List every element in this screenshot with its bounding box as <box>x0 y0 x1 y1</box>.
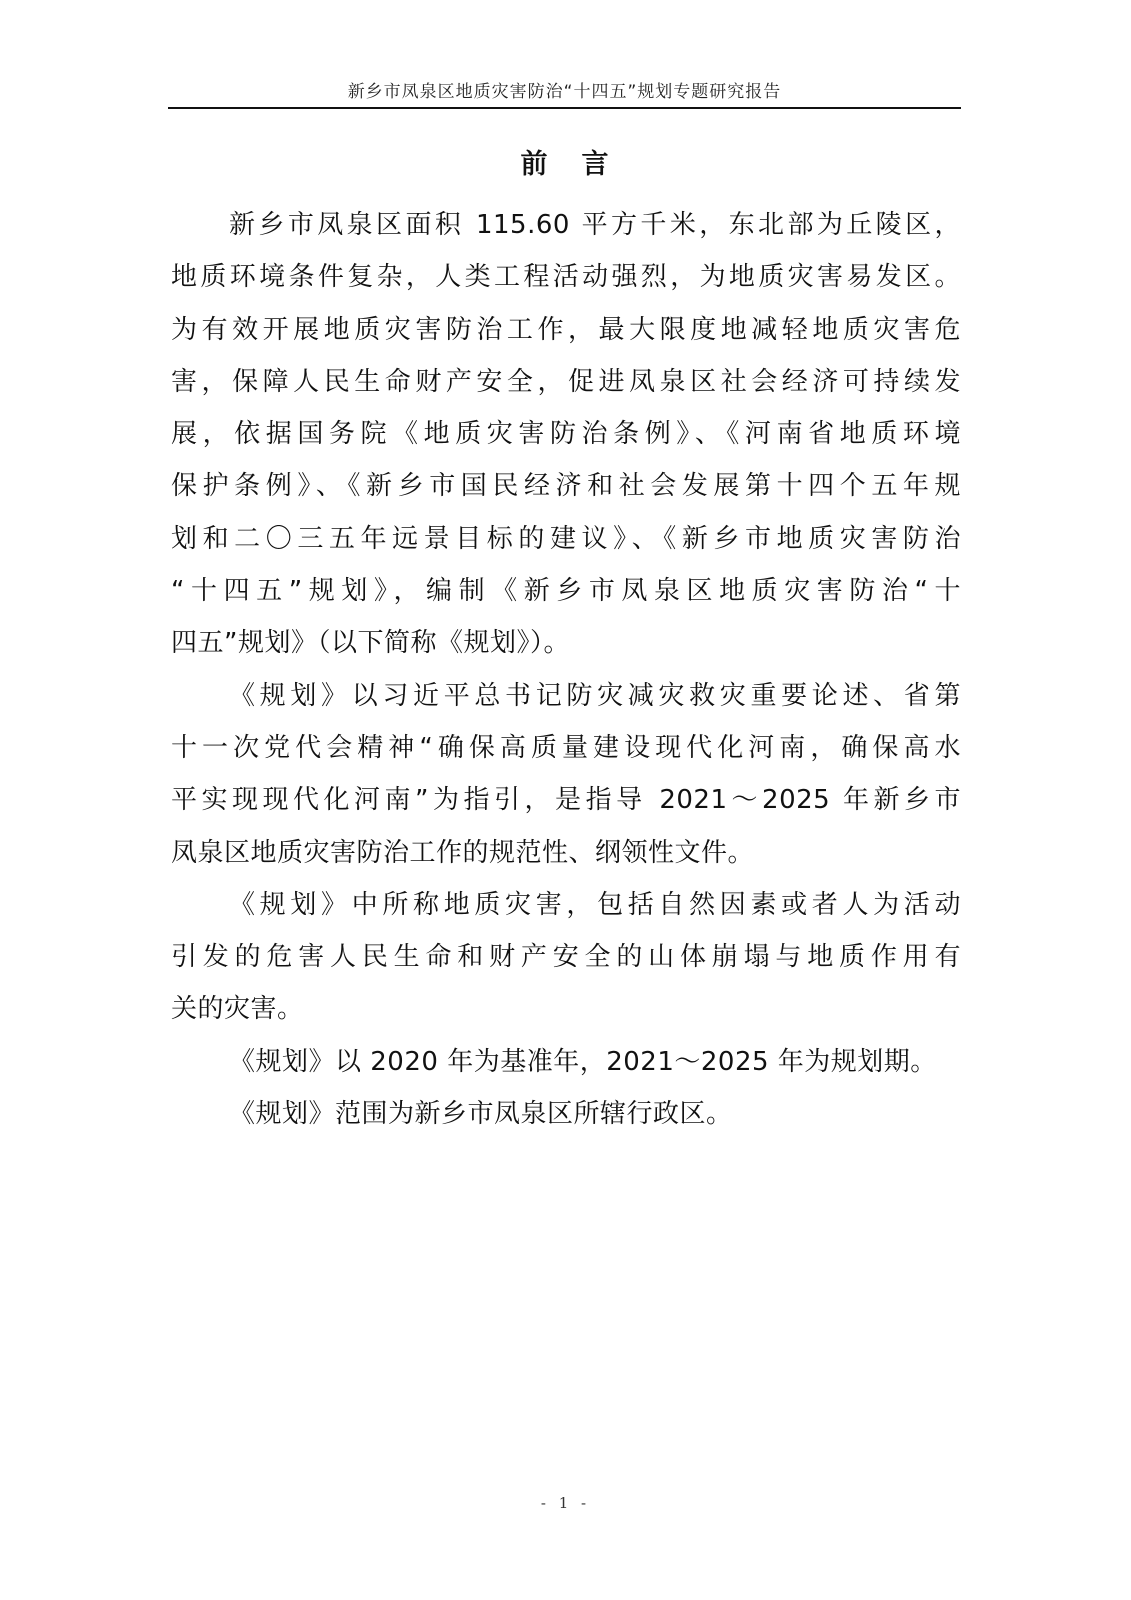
text-line: 平实现现代化河南”为指引，是指导 2021～2025 年新乡市 <box>171 774 961 826</box>
header-rule <box>168 107 961 109</box>
text-line: 划和二〇三五年远景目标的建议》、《新乡市地质灾害防治 <box>171 513 961 565</box>
text-line: 《规划》以 2020 年为基准年，2021～2025 年为规划期。 <box>171 1036 961 1088</box>
paragraph-1: 新乡市凤泉区面积 115.60 平方千米，东北部为丘陵区， 地质环境条件复杂，人… <box>171 199 961 670</box>
text-line: 地质环境条件复杂，人类工程活动强烈，为地质灾害易发区。 <box>171 251 961 303</box>
section-title: 前言 <box>168 145 961 185</box>
paragraph-5: 《规划》范围为新乡市凤泉区所辖行政区。 <box>171 1088 961 1140</box>
running-header: 新乡市凤泉区地质灾害防治“十四五”规划专题研究报告 <box>168 78 961 106</box>
text-line: 关的灾害。 <box>171 983 961 1035</box>
text-line: 展，依据国务院《地质灾害防治条例》、《河南省地质环境 <box>171 408 961 460</box>
text-line: 《规划》以习近平总书记防灾减灾救灾重要论述、省第 <box>171 670 961 722</box>
paragraph-4: 《规划》以 2020 年为基准年，2021～2025 年为规划期。 <box>171 1036 961 1088</box>
text-line: 新乡市凤泉区面积 115.60 平方千米，东北部为丘陵区， <box>171 199 961 251</box>
text-line: 《规划》范围为新乡市凤泉区所辖行政区。 <box>171 1088 961 1140</box>
paragraph-2: 《规划》以习近平总书记防灾减灾救灾重要论述、省第 十一次党代会精神“确保高质量建… <box>171 670 961 879</box>
text-line: 凤泉区地质灾害防治工作的规范性、纲领性文件。 <box>171 827 961 879</box>
text-line: 害，保障人民生命财产安全，促进凤泉区社会经济可持续发 <box>171 356 961 408</box>
text-line: 十一次党代会精神“确保高质量建设现代化河南，确保高水 <box>171 722 961 774</box>
text-line: 为有效开展地质灾害防治工作，最大限度地减轻地质灾害危 <box>171 304 961 356</box>
text-line: 四五”规划》（以下简称《规划》）。 <box>171 617 961 669</box>
text-line: 《规划》中所称地质灾害，包括自然因素或者人为活动 <box>171 879 961 931</box>
text-line: 引发的危害人民生命和财产安全的山体崩塌与地质作用有 <box>171 931 961 983</box>
text-line: 保护条例》、《新乡市国民经济和社会发展第十四个五年规 <box>171 460 961 512</box>
paragraph-3: 《规划》中所称地质灾害，包括自然因素或者人为活动 引发的危害人民生命和财产安全的… <box>171 879 961 1036</box>
page-number: - 1 - <box>0 1494 1131 1512</box>
body-text: 新乡市凤泉区面积 115.60 平方千米，东北部为丘陵区， 地质环境条件复杂，人… <box>171 199 961 1140</box>
text-line: “十四五”规划》，编制《新乡市凤泉区地质灾害防治“十 <box>171 565 961 617</box>
